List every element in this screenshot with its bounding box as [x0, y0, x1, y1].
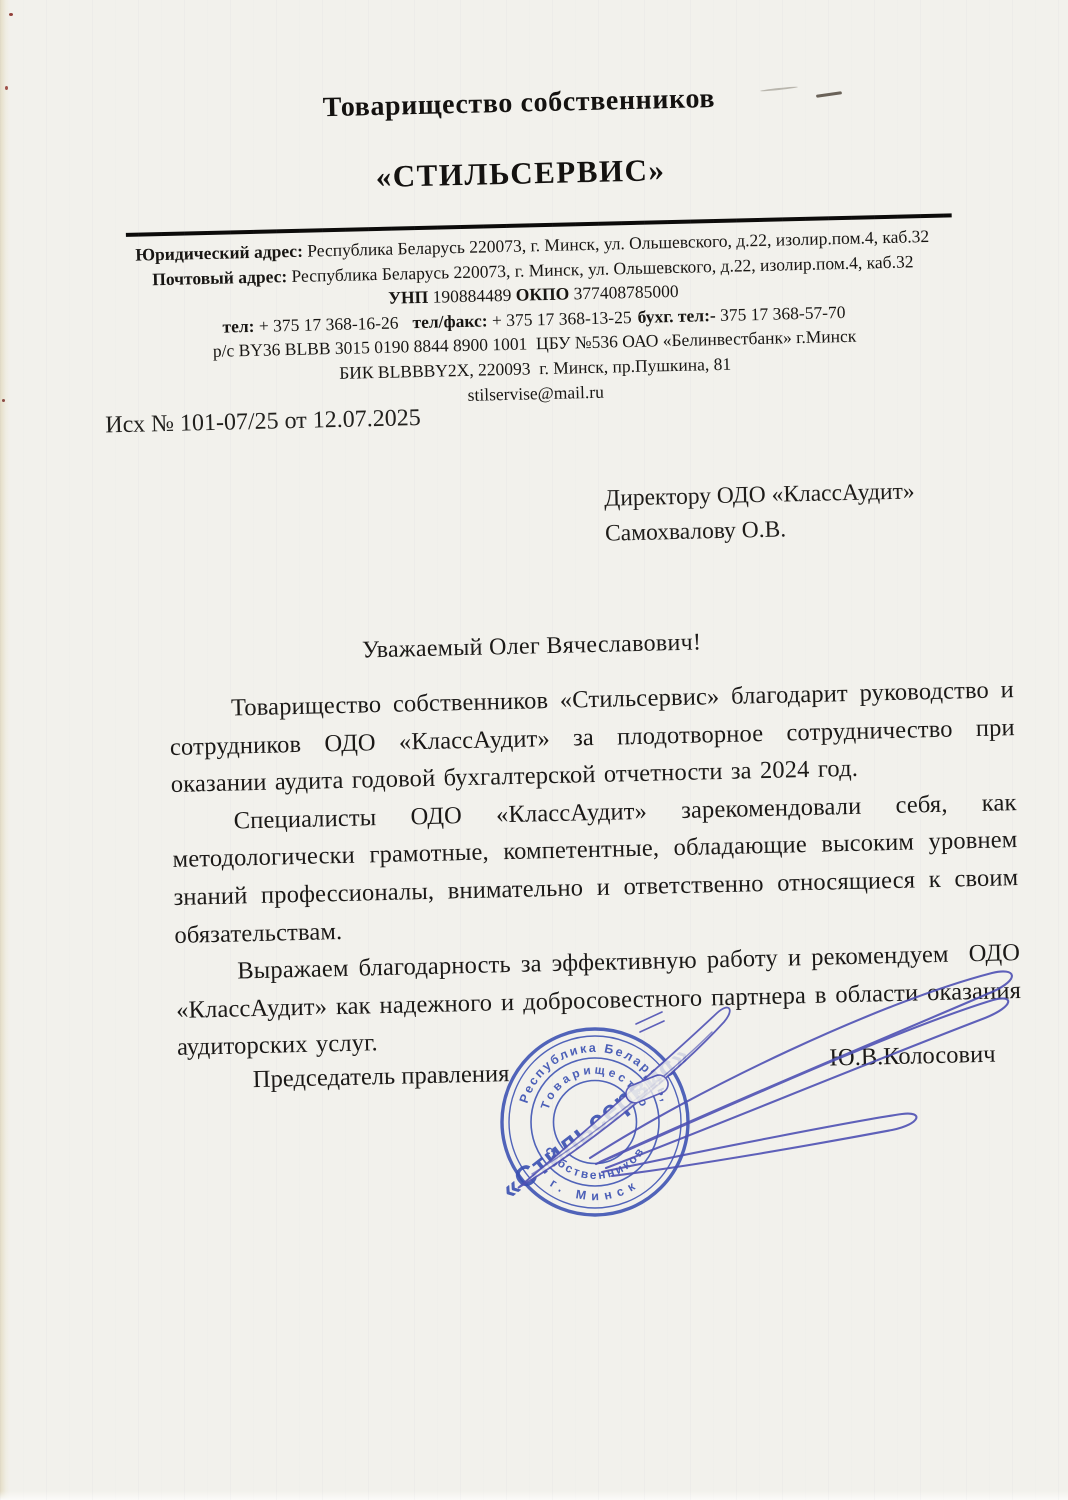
recipient-name: Самохвалову О.В.	[605, 509, 916, 551]
okpo-value: 377408785000	[573, 281, 678, 303]
accountant-tel-label: бухг. тел:-	[637, 305, 716, 327]
paragraph-specialists: Специалисты ОДО «КлассАудит» зарекомендо…	[171, 784, 1019, 954]
okpo-label: ОКПО	[516, 284, 570, 305]
signer-name: Ю.В.Колосович	[829, 1041, 996, 1073]
tel-value: + 375 17 368-16-26	[259, 312, 399, 335]
recipient-title: Директору ОДО «КлассАудит»	[604, 474, 915, 516]
organization-type: Товарищество собственников	[0, 75, 1053, 132]
unp-label: УНП	[388, 287, 429, 308]
accountant-tel-value: 375 17 368-57-70	[720, 302, 846, 325]
recipient-block: Директору ОДО «КлассАудит» Самохвалову О…	[604, 474, 916, 551]
postal-address-label: Почтовый адрес:	[152, 266, 287, 289]
unp-value: 190884489	[432, 285, 511, 307]
fax-value: + 375 17 368-13-25	[492, 307, 632, 330]
signer-title: Председатель правления	[253, 1060, 510, 1094]
paragraph-gratitude: Товарищество собственников «Стильсервис»…	[169, 671, 1016, 804]
scanned-letter-page: Товарищество собственников «СТИЛЬСЕРВИС»…	[0, 0, 1068, 1500]
letter-body: Товарищество собственников «Стильсервис»…	[169, 671, 1023, 1067]
document-content: Товарищество собственников «СТИЛЬСЕРВИС»…	[0, 0, 1068, 1500]
fax-label: тел/факс:	[412, 310, 488, 332]
requisites-block: Юридический адрес: Республика Беларусь 2…	[82, 223, 986, 416]
tel-label: тел:	[222, 316, 254, 337]
legal-address-label: Юридический адрес:	[135, 241, 303, 265]
salutation: Уважаемый Олег Вячеславович!	[0, 621, 1066, 673]
organization-name: «СТИЛЬСЕРВИС»	[0, 143, 1055, 204]
